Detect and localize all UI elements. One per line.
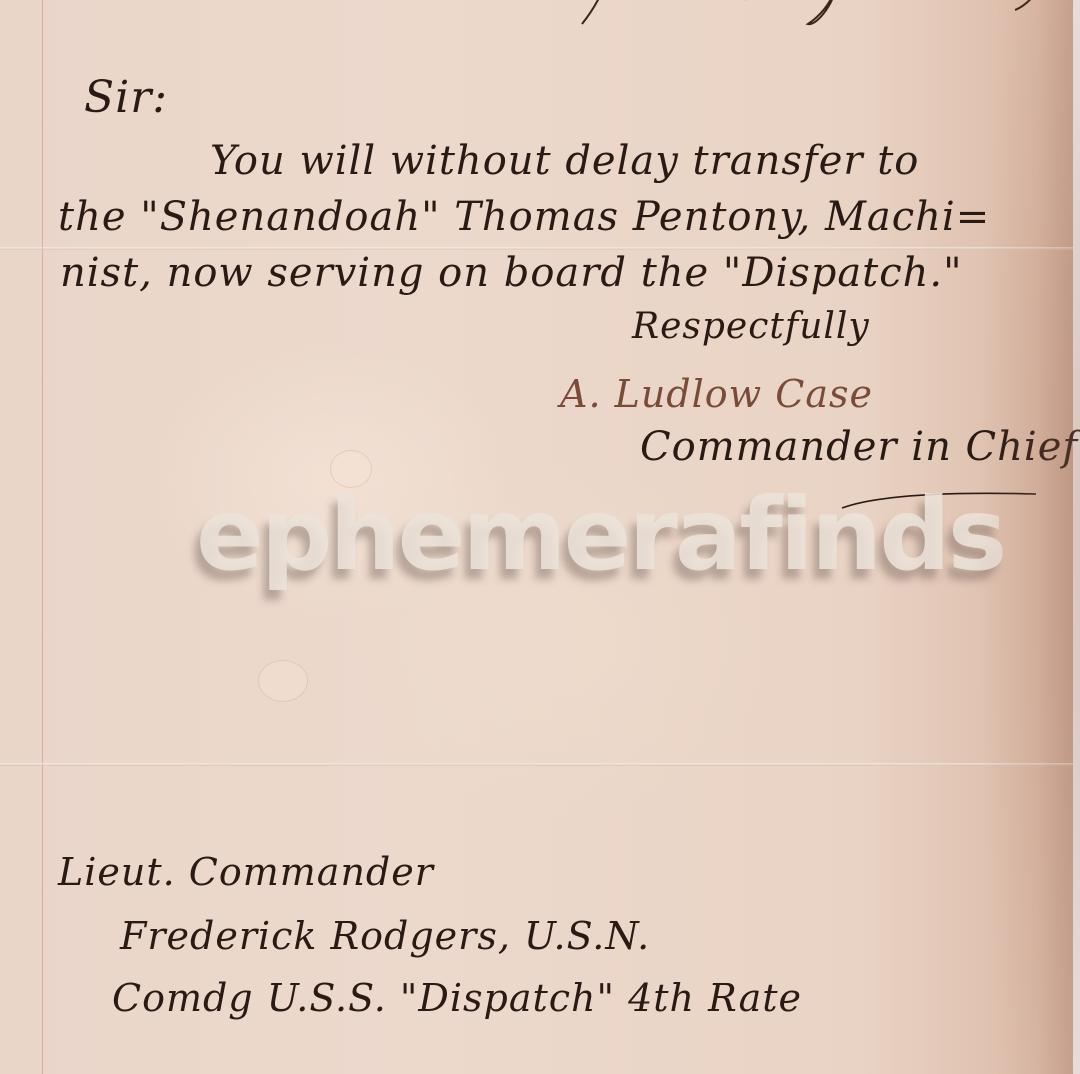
body-line-1: You will without delay transfer to	[210, 138, 919, 184]
watermark: ephemerafinds	[196, 476, 1004, 593]
addressee-command: Comdg U.S.S. "Dispatch" 4th Rate	[112, 976, 802, 1020]
margin-rule	[42, 0, 43, 1074]
letter-page: Sir: You will without delay transfer to …	[0, 0, 1080, 1074]
closing: Respectfully	[632, 306, 870, 347]
signature-title: Commander in Chief	[640, 424, 1078, 470]
addressee-name: Frederick Rodgers, U.S.N.	[120, 914, 650, 958]
salutation: Sir:	[84, 72, 168, 123]
cropped-header-line	[560, 0, 1070, 26]
body-line-2: the "Shenandoah" Thomas Pentony, Machi=	[58, 194, 990, 240]
fold-crease-lower	[0, 763, 1073, 766]
addressee-rank: Lieut. Commander	[58, 850, 434, 894]
body-line-3: nist, now serving on board the "Dispatch…	[60, 250, 963, 296]
paper-stain	[258, 660, 308, 702]
page-edge	[1073, 0, 1080, 1074]
signature: A. Ludlow Case	[560, 372, 873, 416]
